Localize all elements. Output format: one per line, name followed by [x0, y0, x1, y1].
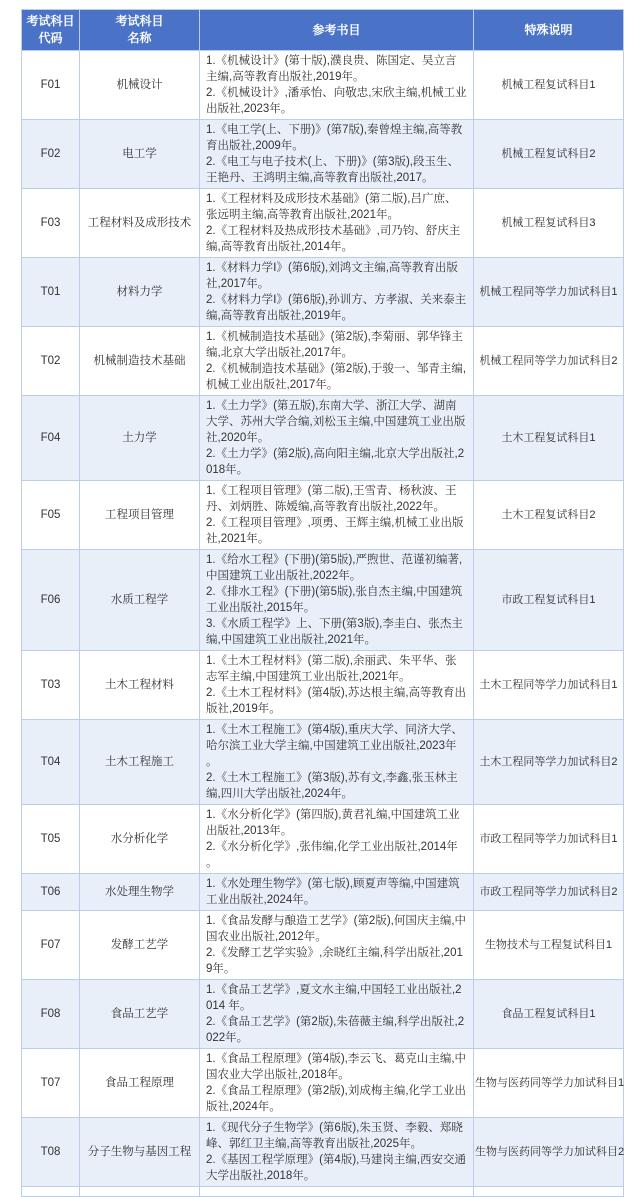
reference-books: 1.《水处理生物学》(第七版),顾夏声等编,中国建筑工业出版社,2024年。: [200, 874, 474, 911]
special-note: 机械工程同等学力加试科目2: [474, 327, 624, 396]
reference-books: 1.《土力学》(第五版),东南大学、浙江大学、湖南大学、苏州大学合编,刘松玉主编…: [200, 396, 474, 481]
special-note: 市政工程复试科目1: [474, 550, 624, 651]
subject-code: T03: [22, 651, 80, 720]
cutoff-cell: [474, 1187, 624, 1196]
book-entry: 1.《材料力学Ⅰ》(第6版),刘鸿文主编,高等教育出版社,2017年。: [206, 260, 467, 292]
table-row: F08食品工艺学1.《食品工艺学》,夏文水主编,中国轻工业出版社,2014 年。…: [22, 980, 624, 1049]
reference-books: 1.《食品发酵与酿造工艺学》(第2版),何国庆主编,中国农业出版社,2012年。…: [200, 911, 474, 980]
book-entry: 2.《土力学》(第2版),高向阳主编,北京大学出版社,2018年。: [206, 446, 467, 478]
subject-name: 电工学: [80, 120, 200, 189]
special-note: 土木工程复试科目1: [474, 396, 624, 481]
subject-code: T01: [22, 258, 80, 327]
cutoff-cell: [80, 1187, 200, 1196]
reference-books: 1.《机械制造技术基础》(第2版),李菊丽、郭华锋主编,北京大学出版社,2017…: [200, 327, 474, 396]
book-entry: 2.《机械设计》,潘承怡、向敬忠,宋欣主编,机械工业出版社,2023年。: [206, 85, 467, 117]
reference-books: 1.《土木工程施工》(第4版),重庆大学、同济大学、哈尔滨工业大学主编,中国建筑…: [200, 720, 474, 805]
subject-name: 发酵工艺学: [80, 911, 200, 980]
subject-code: F05: [22, 481, 80, 550]
reference-books: 1.《食品工艺学》,夏文水主编,中国轻工业出版社,2014 年。2.《食品工艺学…: [200, 980, 474, 1049]
special-note: 生物技术与工程复试科目1: [474, 911, 624, 980]
book-entry: 1.《食品发酵与酿造工艺学》(第2版),何国庆主编,中国农业出版社,2012年。: [206, 913, 467, 945]
reference-books: 1.《给水工程》(下册)(第5版),严煦世、范谨初编著,中国建筑工业出版社,20…: [200, 550, 474, 651]
special-note: 土木工程同等学力加试科目1: [474, 651, 624, 720]
book-entry: 2.《水分析化学》,张伟编,化学工业出版社,2014年。: [206, 839, 467, 871]
special-note: 市政工程同等学力加试科目2: [474, 874, 624, 911]
book-entry: 1.《工程项目管理》(第二版),王雪青、杨秋波、王丹、刘炳胜、陈嫒编,高等教育出…: [206, 483, 467, 515]
subject-code: T08: [22, 1118, 80, 1187]
table-row: F03工程材料及成形技术1.《工程材料及成形技术基础》(第二版),吕广庶、张远明…: [22, 189, 624, 258]
subject-name: 食品工艺学: [80, 980, 200, 1049]
table-row: T04土木工程施工1.《土木工程施工》(第4版),重庆大学、同济大学、哈尔滨工业…: [22, 720, 624, 805]
reference-books: 1.《食品工程原理》(第4版),李云飞、葛克山主编,中国农业大学出版社,2018…: [200, 1049, 474, 1118]
table-body: F01机械设计1.《机械设计》(第十版),濮良贵、陈国定、吴立言主编,高等教育出…: [22, 51, 624, 1196]
table-row: T06水处理生物学1.《水处理生物学》(第七版),顾夏声等编,中国建筑工业出版社…: [22, 874, 624, 911]
special-note: 土木工程复试科目2: [474, 481, 624, 550]
book-entry: 2.《土木工程材料》(第4版),苏达根主编,高等教育出版社,2019年。: [206, 685, 467, 717]
table-header: 考试科目代码考试科目名称参考书目特殊说明: [22, 10, 624, 51]
subject-code: F03: [22, 189, 80, 258]
reference-books-table-wrap: 考试科目代码考试科目名称参考书目特殊说明 F01机械设计1.《机械设计》(第十版…: [21, 9, 623, 1195]
subject-name: 机械设计: [80, 51, 200, 120]
reference-books: 1.《机械设计》(第十版),濮良贵、陈国定、吴立言主编,高等教育出版社,2019…: [200, 51, 474, 120]
column-header-line: 名称: [127, 31, 151, 45]
special-note: 食品工程复试科目1: [474, 980, 624, 1049]
reference-books: 1.《水分析化学》(第四版),黄君礼编,中国建筑工业出版社,2013年。2.《水…: [200, 805, 474, 874]
reference-books: 1.《现代分子生物学》(第6版),朱玉贤、李毅、郑晓峰、郭红卫主编,高等教育出版…: [200, 1118, 474, 1187]
column-header-line: 考试科目: [115, 14, 163, 28]
special-note: 土木工程同等学力加试科目2: [474, 720, 624, 805]
cutoff-cell: [22, 1187, 80, 1196]
book-entry: 1.《水处理生物学》(第七版),顾夏声等编,中国建筑工业出版社,2024年。: [206, 876, 467, 908]
table-row: F05工程项目管理1.《工程项目管理》(第二版),王雪青、杨秋波、王丹、刘炳胜、…: [22, 481, 624, 550]
book-entry: 1.《土力学》(第五版),东南大学、浙江大学、湖南大学、苏州大学合编,刘松玉主编…: [206, 398, 467, 446]
subject-name: 土力学: [80, 396, 200, 481]
subject-code: F01: [22, 51, 80, 120]
table-row: F02电工学1.《电工学(上、下册)》(第7版),秦曾煌主编,高等教育出版社,2…: [22, 120, 624, 189]
column-header-line: 代码: [38, 31, 62, 45]
cutoff-cell: [200, 1187, 474, 1196]
column-header-line: 参考书目: [312, 23, 360, 37]
subject-code: F02: [22, 120, 80, 189]
book-entry: 2.《工程材料及热成形技术基础》,司乃钧、舒庆主编,高等教育出版社,2014年。: [206, 223, 467, 255]
subject-code: T05: [22, 805, 80, 874]
column-header-exam-code: 考试科目代码: [22, 10, 80, 51]
book-entry: 2.《机械制造技术基础》(第2版),于骏一、邹青主编,机械工业出版社,2017年…: [206, 361, 467, 393]
book-entry: 1.《土木工程材料》(第二版),余丽武、朱平华、张志军主编,中国建筑工业出版社,…: [206, 653, 467, 685]
special-note: 生物与医药同等学力加试科目2: [474, 1118, 624, 1187]
reference-books-table: 考试科目代码考试科目名称参考书目特殊说明 F01机械设计1.《机械设计》(第十版…: [21, 9, 624, 1195]
subject-code: T04: [22, 720, 80, 805]
reference-books: 1.《工程项目管理》(第二版),王雪青、杨秋波、王丹、刘炳胜、陈嫒编,高等教育出…: [200, 481, 474, 550]
table-row: F06水质工程学1.《给水工程》(下册)(第5版),严煦世、范谨初编著,中国建筑…: [22, 550, 624, 651]
table-row: F07发酵工艺学1.《食品发酵与酿造工艺学》(第2版),何国庆主编,中国农业出版…: [22, 911, 624, 980]
subject-name: 分子生物与基因工程: [80, 1118, 200, 1187]
book-entry: 1.《水分析化学》(第四版),黄君礼编,中国建筑工业出版社,2013年。: [206, 807, 467, 839]
header-row: 考试科目代码考试科目名称参考书目特殊说明: [22, 10, 624, 51]
subject-name: 土木工程施工: [80, 720, 200, 805]
subject-code: T02: [22, 327, 80, 396]
subject-name: 食品工程原理: [80, 1049, 200, 1118]
book-entry: 2.《电工与电子技术(上、下册)》(第3版),段玉生、王艳丹、王鸿明主编,高等教…: [206, 154, 467, 186]
book-entry: 1.《食品工艺学》,夏文水主编,中国轻工业出版社,2014 年。: [206, 982, 467, 1014]
book-entry: 2.《发酵工艺学实验》,余晓红主编,科学出版社,2019年。: [206, 945, 467, 977]
column-header-references: 参考书目: [200, 10, 474, 51]
table-row: F01机械设计1.《机械设计》(第十版),濮良贵、陈国定、吴立言主编,高等教育出…: [22, 51, 624, 120]
column-header-notes: 特殊说明: [474, 10, 624, 51]
subject-code: T07: [22, 1049, 80, 1118]
table-row: T03土木工程材料1.《土木工程材料》(第二版),余丽武、朱平华、张志军主编,中…: [22, 651, 624, 720]
book-entry: 2.《土木工程施工》(第3版),苏有文,李鑫,张玉林主编,四川大学出版社,202…: [206, 770, 467, 802]
table-row: T05水分析化学1.《水分析化学》(第四版),黄君礼编,中国建筑工业出版社,20…: [22, 805, 624, 874]
book-entry: 1.《食品工程原理》(第4版),李云飞、葛克山主编,中国农业大学出版社,2018…: [206, 1051, 467, 1083]
subject-name: 机械制造技术基础: [80, 327, 200, 396]
special-note: 市政工程同等学力加试科目1: [474, 805, 624, 874]
subject-code: F08: [22, 980, 80, 1049]
reference-books: 1.《材料力学Ⅰ》(第6版),刘鸿文主编,高等教育出版社,2017年。2.《材料…: [200, 258, 474, 327]
subject-name: 水质工程学: [80, 550, 200, 651]
subject-name: 水分析化学: [80, 805, 200, 874]
book-entry: 2.《排水工程》(下册)(第5版),张自杰主编,中国建筑工业出版社,2015年。: [206, 584, 467, 616]
table-row: T08分子生物与基因工程1.《现代分子生物学》(第6版),朱玉贤、李毅、郑晓峰、…: [22, 1118, 624, 1187]
book-entry: 2.《工程项目管理》,项勇、王辉主编,机械工业出版社,2021年。: [206, 515, 467, 547]
table-row: F04土力学1.《土力学》(第五版),东南大学、浙江大学、湖南大学、苏州大学合编…: [22, 396, 624, 481]
special-note: 生物与医药同等学力加试科目1: [474, 1049, 624, 1118]
reference-books: 1.《工程材料及成形技术基础》(第二版),吕广庶、张远明主编,高等教育出版社,2…: [200, 189, 474, 258]
book-entry: 1.《给水工程》(下册)(第5版),严煦世、范谨初编著,中国建筑工业出版社,20…: [206, 552, 467, 584]
book-entry: 3.《水质工程学》上、下册(第3版),李圭白、张杰主编,中国建筑工业出版社,20…: [206, 616, 467, 648]
book-entry: 1.《电工学(上、下册)》(第7版),秦曾煌主编,高等教育出版社,2009年。: [206, 122, 467, 154]
special-note: 机械工程复试科目1: [474, 51, 624, 120]
book-entry: 1.《现代分子生物学》(第6版),朱玉贤、李毅、郑晓峰、郭红卫主编,高等教育出版…: [206, 1120, 467, 1152]
subject-name: 材料力学: [80, 258, 200, 327]
subject-code: F04: [22, 396, 80, 481]
subject-name: 工程材料及成形技术: [80, 189, 200, 258]
subject-name: 水处理生物学: [80, 874, 200, 911]
subject-name: 工程项目管理: [80, 481, 200, 550]
subject-code: F07: [22, 911, 80, 980]
reference-books: 1.《土木工程材料》(第二版),余丽武、朱平华、张志军主编,中国建筑工业出版社,…: [200, 651, 474, 720]
book-entry: 2.《食品工艺学》(第2版),朱蓓薇主编,科学出版社,2022年。: [206, 1014, 467, 1046]
special-note: 机械工程复试科目3: [474, 189, 624, 258]
cutoff-row: [22, 1187, 624, 1196]
subject-name: 土木工程材料: [80, 651, 200, 720]
special-note: 机械工程复试科目2: [474, 120, 624, 189]
table-row: T01材料力学1.《材料力学Ⅰ》(第6版),刘鸿文主编,高等教育出版社,2017…: [22, 258, 624, 327]
table-row: T02机械制造技术基础1.《机械制造技术基础》(第2版),李菊丽、郭华锋主编,北…: [22, 327, 624, 396]
book-entry: 1.《土木工程施工》(第4版),重庆大学、同济大学、哈尔滨工业大学主编,中国建筑…: [206, 722, 467, 770]
subject-code: T06: [22, 874, 80, 911]
book-entry: 1.《工程材料及成形技术基础》(第二版),吕广庶、张远明主编,高等教育出版社,2…: [206, 191, 467, 223]
table-row: T07食品工程原理1.《食品工程原理》(第4版),李云飞、葛克山主编,中国农业大…: [22, 1049, 624, 1118]
subject-code: F06: [22, 550, 80, 651]
book-entry: 1.《机械设计》(第十版),濮良贵、陈国定、吴立言主编,高等教育出版社,2019…: [206, 53, 467, 85]
book-entry: 2.《材料力学Ⅰ》(第6版),孙训方、方孝淑、关来泰主编,高等教育出版社,201…: [206, 292, 467, 324]
column-header-exam-name: 考试科目名称: [80, 10, 200, 51]
book-entry: 1.《机械制造技术基础》(第2版),李菊丽、郭华锋主编,北京大学出版社,2017…: [206, 329, 467, 361]
column-header-line: 特殊说明: [524, 23, 572, 37]
reference-books: 1.《电工学(上、下册)》(第7版),秦曾煌主编,高等教育出版社,2009年。2…: [200, 120, 474, 189]
special-note: 机械工程同等学力加试科目1: [474, 258, 624, 327]
column-header-line: 考试科目: [26, 14, 74, 28]
book-entry: 2.《基因工程学原理》(第4版),马建岗主编,西安交通大学出版社,2018年。: [206, 1152, 467, 1184]
book-entry: 2.《食品工程原理》(第2版),刘成梅主编,化学工业出版社,2024年。: [206, 1083, 467, 1115]
